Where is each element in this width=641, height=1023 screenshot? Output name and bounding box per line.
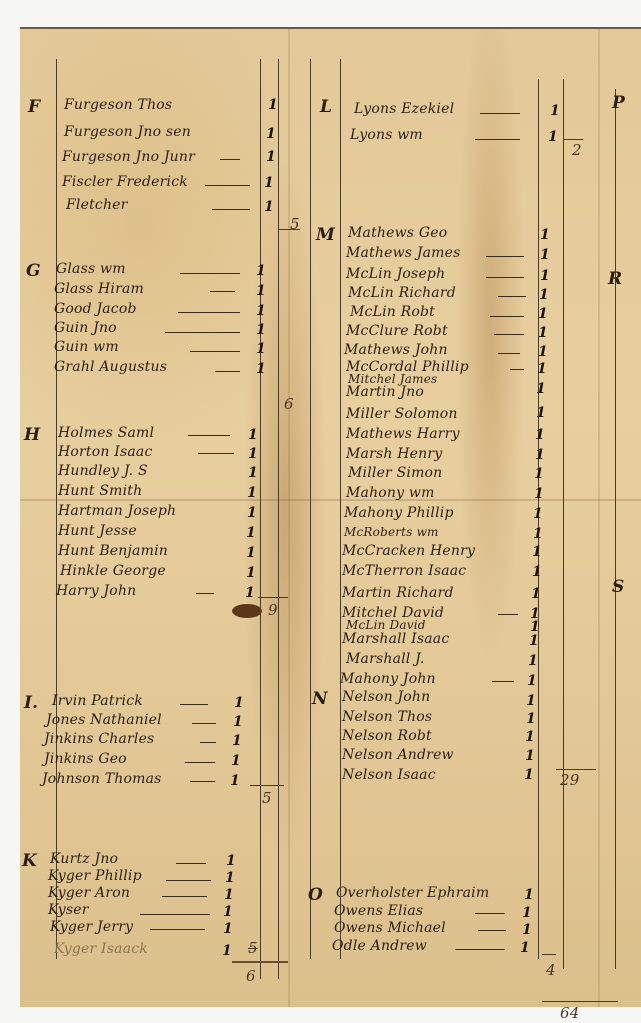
entry-tally: 1 bbox=[533, 506, 543, 522]
entry-name: Lyons Ezekiel bbox=[354, 101, 454, 117]
entry-name: McCracken Henry bbox=[342, 543, 475, 559]
entry-name: McRoberts wm bbox=[344, 525, 439, 539]
entry-tally: 1 bbox=[526, 711, 536, 727]
entry-name: Owens Michael bbox=[334, 920, 446, 936]
entry-name: Nelson Thos bbox=[342, 709, 432, 725]
entry-name: Marsh Henry bbox=[346, 446, 442, 462]
entry-tally: 1 bbox=[246, 525, 256, 541]
entry-tally: 1 bbox=[540, 268, 550, 284]
entry-tally: 1 bbox=[532, 564, 542, 580]
section-letter-n: N bbox=[312, 689, 328, 709]
column-rule bbox=[278, 59, 279, 979]
entry-tally: 1 bbox=[538, 325, 548, 341]
entry-tally: 1 bbox=[525, 729, 535, 745]
entry-name: Nelson Isaac bbox=[342, 767, 436, 783]
entry-tally: 1 bbox=[256, 263, 266, 279]
section-letter-r: R bbox=[608, 269, 622, 289]
entry-name: Overholster Ephraim bbox=[336, 885, 489, 901]
entry-tally: 1 bbox=[246, 545, 256, 561]
section-subtotal-i: 5 bbox=[262, 789, 272, 807]
entry-name: McTherron Isaac bbox=[342, 563, 466, 579]
entry-name: Miller Solomon bbox=[346, 406, 458, 422]
entry-tally: 1 bbox=[256, 322, 266, 338]
section-letter-f: F bbox=[28, 97, 40, 117]
entry-tally: 1 bbox=[223, 904, 233, 920]
entry-tally: 1 bbox=[256, 303, 266, 319]
entry-name: Owens Elias bbox=[334, 903, 423, 919]
entry-tally: 1 bbox=[532, 544, 542, 560]
entry-name: Furgeson Jno sen bbox=[64, 124, 191, 140]
paper-fold bbox=[288, 29, 290, 1007]
entry-tally: 1 bbox=[224, 887, 234, 903]
entry-tally: 1 bbox=[524, 887, 534, 903]
entry-tally: 1 bbox=[525, 748, 535, 764]
entry-name: McLin Richard bbox=[348, 285, 456, 301]
entry-tally: 1 bbox=[256, 283, 266, 299]
entry-tally: 1 bbox=[540, 227, 550, 243]
entry-name: Kyger Aron bbox=[48, 885, 130, 901]
entry-name: Mathews John bbox=[344, 342, 448, 358]
entry-name: Hunt Jesse bbox=[58, 523, 137, 539]
entry-name: Jinkins Geo bbox=[44, 751, 127, 767]
column-rule bbox=[615, 89, 616, 969]
entry-tally: 1 bbox=[245, 585, 255, 601]
section-letter-s: S bbox=[612, 577, 624, 597]
entry-name: Martin Richard bbox=[342, 585, 454, 601]
entry-tally: 1 bbox=[524, 767, 534, 783]
entry-name: Marshall J. bbox=[346, 651, 425, 667]
entry-name: Kyger Jerry bbox=[50, 919, 133, 935]
entry-name: Glass wm bbox=[56, 261, 126, 277]
entry-tally: 1 bbox=[535, 447, 545, 463]
entry-tally: 1 bbox=[534, 486, 544, 502]
entry-name: Mahony John bbox=[340, 671, 436, 687]
column-rule bbox=[340, 59, 341, 959]
entry-name: Hartman Joseph bbox=[58, 503, 176, 519]
ink-blot bbox=[232, 604, 262, 618]
entry-name: Nelson John bbox=[342, 689, 430, 705]
entry-tally: 1 bbox=[539, 287, 549, 303]
entry-tally: 1 bbox=[247, 505, 257, 521]
section-subtotal-g: 6 bbox=[284, 395, 294, 413]
section-subtotal-o: 4 bbox=[546, 961, 556, 979]
entry-tally: 1 bbox=[256, 361, 266, 377]
entry-tally: 1 bbox=[520, 940, 530, 956]
entry-name: Kurtz Jno bbox=[50, 851, 118, 867]
entry-tally: 1 bbox=[247, 485, 257, 501]
entry-name: Hinkle George bbox=[60, 563, 166, 579]
entry-name: Mahony Phillip bbox=[344, 505, 454, 521]
section-letter-k: K bbox=[22, 851, 37, 871]
section-letter-l: L bbox=[320, 97, 332, 117]
entry-tally: 1 bbox=[537, 361, 547, 377]
section-letter-g: G bbox=[26, 261, 41, 281]
entry-tally: 1 bbox=[248, 465, 258, 481]
entry-tally: 1 bbox=[246, 565, 256, 581]
column-rule bbox=[563, 79, 564, 969]
entry-name: Horton Isaac bbox=[58, 444, 153, 460]
entry-tally: 1 bbox=[232, 733, 242, 749]
section-subtotal-struck: 5 bbox=[248, 939, 258, 957]
entry-tally: 1 bbox=[536, 381, 546, 397]
entry-name: Johnson Thomas bbox=[42, 771, 162, 787]
entry-tally: 1 bbox=[529, 633, 539, 649]
section-subtotal-k: 6 bbox=[246, 967, 256, 985]
section-letter-o: O bbox=[308, 885, 323, 905]
entry-name: Kyser bbox=[48, 902, 89, 918]
grand-total: 64 bbox=[560, 1004, 580, 1022]
entry-name: McClure Robt bbox=[346, 323, 448, 339]
entry-name: Jinkins Charles bbox=[44, 731, 154, 747]
section-subtotal-f: 5 bbox=[290, 215, 300, 233]
entry-tally: 1 bbox=[528, 653, 538, 669]
entry-name: Holmes Saml bbox=[58, 425, 154, 441]
entry-name: McLin David bbox=[346, 618, 426, 632]
entry-tally: 1 bbox=[231, 753, 241, 769]
entry-tally: 1 bbox=[522, 922, 532, 938]
entry-tally: 1 bbox=[264, 199, 274, 215]
entry-name: Mathews Geo bbox=[348, 225, 447, 241]
paper-fold bbox=[20, 499, 641, 501]
column-rule bbox=[56, 59, 57, 959]
entry-tally: 1 bbox=[534, 466, 544, 482]
entry-name: Hunt Smith bbox=[58, 483, 142, 499]
ledger-page: F Furgeson Thos 1 Furgeson Jno sen 1 Fur… bbox=[20, 27, 641, 1007]
entry-tally: 1 bbox=[226, 853, 236, 869]
entry-name: Glass Hiram bbox=[54, 281, 144, 297]
column-rule bbox=[310, 59, 311, 959]
entry-name: Guin wm bbox=[54, 339, 119, 355]
entry-tally: 1 bbox=[223, 921, 233, 937]
entry-name: Kyger Phillip bbox=[48, 868, 142, 884]
entry-name: Irvin Patrick bbox=[52, 693, 143, 709]
entry-tally: 1 bbox=[522, 905, 532, 921]
section-letter-h: H bbox=[24, 425, 40, 445]
entry-name: Hundley J. S bbox=[58, 463, 148, 479]
entry-tally: 1 bbox=[540, 247, 550, 263]
entry-name: Good Jacob bbox=[54, 301, 137, 317]
entry-tally: 1 bbox=[222, 943, 232, 959]
entry-tally: 1 bbox=[527, 673, 537, 689]
section-subtotal-h: 9 bbox=[268, 601, 278, 619]
entry-tally: 1 bbox=[531, 586, 541, 602]
entry-name: McLin Joseph bbox=[346, 266, 445, 282]
entry-name: Furgeson Thos bbox=[64, 97, 172, 113]
entry-tally: 1 bbox=[233, 714, 243, 730]
entry-tally: 1 bbox=[234, 695, 244, 711]
entry-name: McLin Robt bbox=[350, 304, 435, 320]
entry-name: Nelson Robt bbox=[342, 728, 432, 744]
entry-tally: 1 bbox=[230, 773, 240, 789]
entry-name: Hunt Benjamin bbox=[58, 543, 168, 559]
entry-tally: 1 bbox=[225, 870, 235, 886]
entry-name: Fiscler Frederick bbox=[62, 174, 188, 190]
column-rule bbox=[260, 59, 261, 979]
entry-name: Grahl Augustus bbox=[54, 359, 167, 375]
entry-name-faint: Kyger Isaack bbox=[54, 941, 148, 957]
entry-name: Mahony wm bbox=[346, 485, 435, 501]
entry-tally: 1 bbox=[268, 97, 278, 113]
entry-tally: 1 bbox=[533, 526, 543, 542]
section-letter-m: M bbox=[316, 225, 335, 245]
entry-tally: 1 bbox=[535, 427, 545, 443]
entry-tally: 1 bbox=[526, 693, 536, 709]
entry-name: Mathews Harry bbox=[346, 426, 460, 442]
section-subtotal-l: 2 bbox=[572, 141, 582, 159]
entry-tally: 1 bbox=[248, 427, 258, 443]
entry-tally: 1 bbox=[536, 405, 546, 421]
entry-tally: 1 bbox=[266, 126, 276, 142]
entry-tally: 1 bbox=[264, 175, 274, 191]
entry-name: Fletcher bbox=[66, 197, 128, 213]
section-letter-i: I. bbox=[24, 693, 38, 713]
entry-name: Nelson Andrew bbox=[342, 747, 454, 763]
section-letter-p: P bbox=[612, 93, 625, 113]
entry-tally: 1 bbox=[548, 129, 558, 145]
entry-name: Martin Jno bbox=[346, 384, 424, 400]
entry-tally: 1 bbox=[248, 446, 258, 462]
entry-tally: 1 bbox=[550, 103, 560, 119]
entry-tally: 1 bbox=[538, 306, 548, 322]
section-subtotal-lmn: 29 bbox=[560, 771, 580, 789]
entry-name: Odle Andrew bbox=[332, 938, 427, 954]
entry-name: Harry John bbox=[56, 583, 136, 599]
entry-name: Miller Simon bbox=[348, 465, 442, 481]
entry-tally: 1 bbox=[538, 344, 548, 360]
entry-tally: 1 bbox=[266, 149, 276, 165]
entry-name: Furgeson Jno Junr bbox=[62, 149, 195, 165]
entry-name: Jones Nathaniel bbox=[46, 712, 162, 728]
entry-name: Mathews James bbox=[346, 245, 461, 261]
entry-name: Marshall Isaac bbox=[342, 631, 449, 647]
entry-tally: 1 bbox=[256, 341, 266, 357]
entry-name: Guin Jno bbox=[54, 320, 117, 336]
entry-name: Lyons wm bbox=[350, 127, 423, 143]
paper-fold bbox=[598, 29, 600, 1007]
